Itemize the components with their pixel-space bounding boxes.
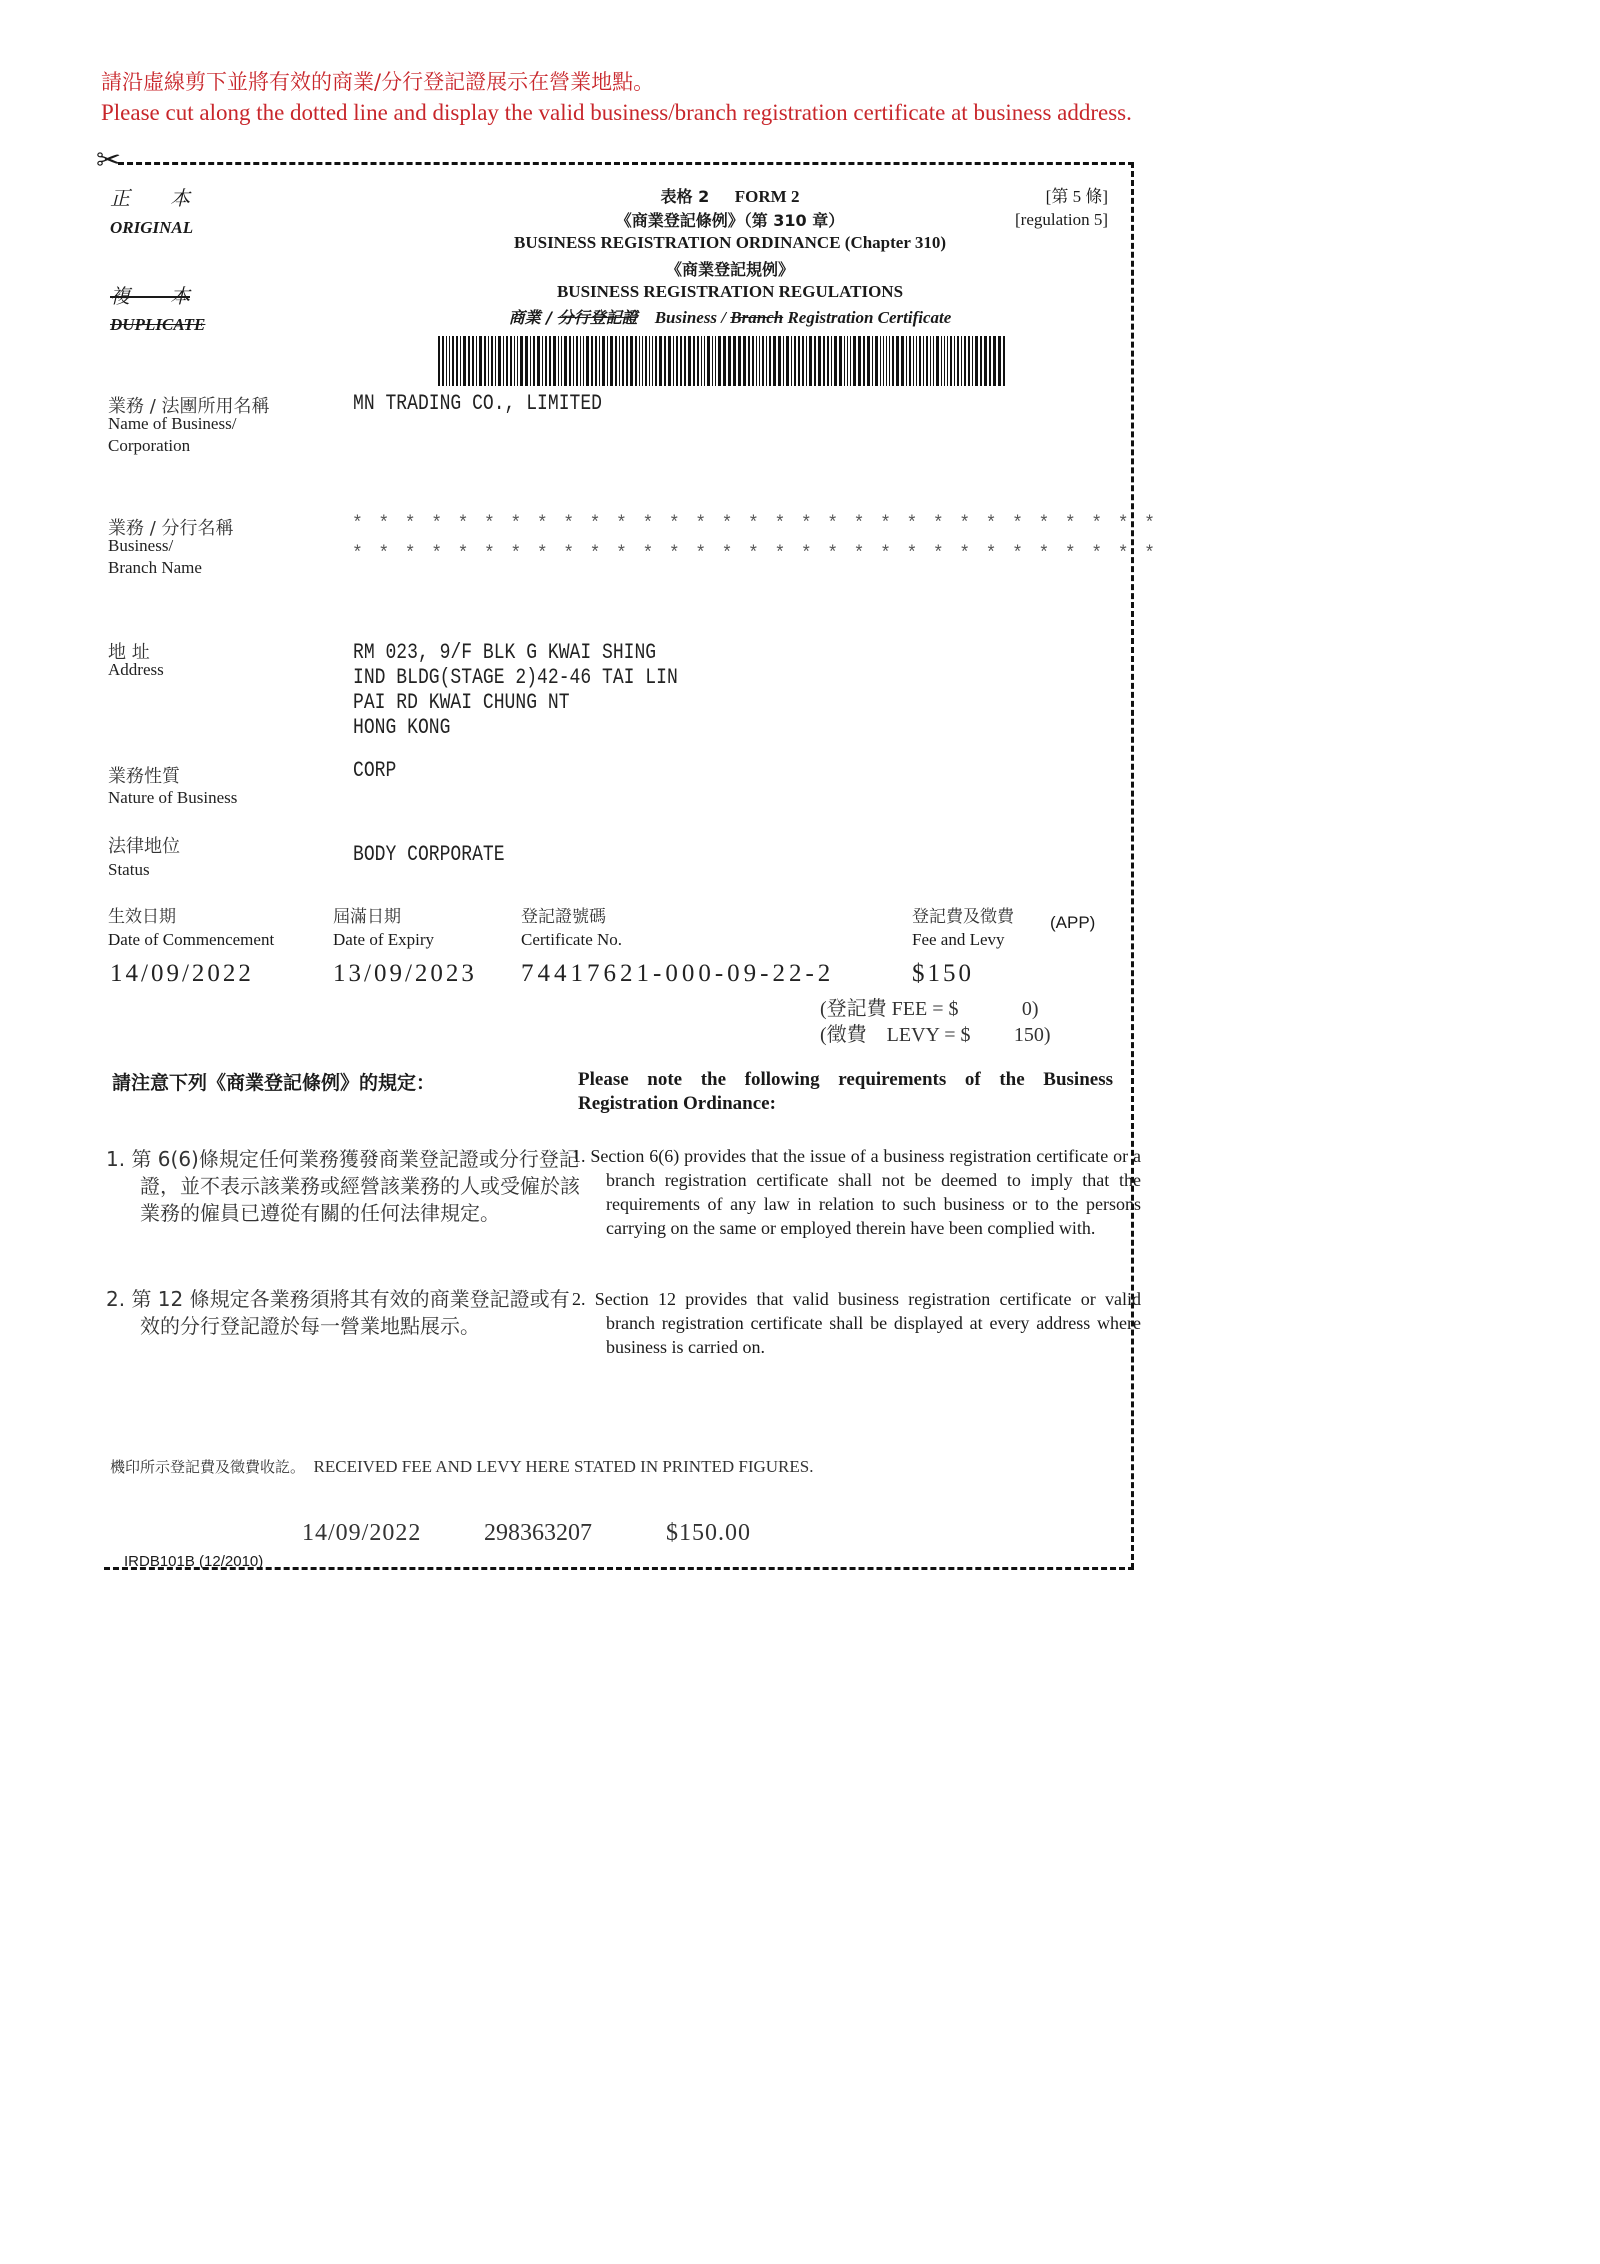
- ordinance-en: BUSINESS REGISTRATION ORDINANCE (Chapter…: [420, 233, 1040, 253]
- note-zh-1: 1. 第 6(6)條規定任何業務獲發商業登記證或分行登記證，並不表示該業務或經營…: [106, 1146, 585, 1227]
- regulation-ref-zh: [第 5 條]: [980, 182, 1108, 207]
- note-en-1: 1. Section 6(6) provides that the issue …: [572, 1144, 1141, 1240]
- commencement-label-zh: 生效日期: [108, 902, 176, 927]
- business-name-label-en-2: Corporation: [108, 436, 190, 456]
- cut-notice-zh: 請沿虛線剪下並將有效的商業/分行登記證展示在營業地點。: [101, 66, 654, 96]
- certificate-label-zh: 登記證號碼: [521, 902, 606, 927]
- ordinance-zh: 《商業登記條例》（第 310 章）: [420, 208, 1040, 231]
- address-line: PAI RD KWAI CHUNG NT: [353, 690, 678, 715]
- certificate-number: 74417621-000-09-22-2: [521, 960, 834, 988]
- expiry-label-en: Date of Expiry: [333, 930, 434, 950]
- branch-name-label-en-1: Business/: [108, 536, 173, 556]
- business-name-value: MN TRADING CO., LIMITED: [353, 391, 602, 416]
- status-label-zh: 法律地位: [108, 832, 180, 858]
- nature-value: CORP: [353, 758, 396, 783]
- cut-line-top: [118, 162, 1134, 165]
- barcode: [438, 336, 1008, 386]
- certificate-label-en: Certificate No.: [521, 930, 622, 950]
- address-label-en: Address: [108, 660, 164, 680]
- business-name-label-en-1: Name of Business/: [108, 414, 236, 434]
- certificate-title: 商業 / 分行登記證 Business / Branch Registratio…: [420, 305, 1040, 328]
- receipt-amount: $150.00: [666, 1520, 751, 1547]
- fee-breakdown-levy: (徵費 LEVY = $150): [820, 1018, 1051, 1047]
- form-number: 表格 2 FORM 2: [420, 184, 1040, 207]
- regulations-zh: 《商業登記規例》: [420, 257, 1040, 280]
- expiry-date: 13/09/2023: [333, 960, 477, 988]
- fee-label-zh: 登記費及徵費: [912, 902, 1014, 927]
- notes-heading-en: Please note the following requirements o…: [578, 1068, 1113, 1116]
- address-line: RM 023, 9/F BLK G KWAI SHING: [353, 640, 678, 665]
- scissors-icon: ✂: [96, 146, 121, 176]
- branch-name-line-2: * * * * * * * * * * * * * * * * * * * * …: [352, 544, 1157, 564]
- commencement-label-en: Date of Commencement: [108, 930, 274, 950]
- note-en-2: 2. Section 12 provides that valid busine…: [572, 1287, 1141, 1359]
- status-value: BODY CORPORATE: [353, 842, 505, 867]
- fee-breakdown-fee: (登記費 FEE = $0): [820, 992, 1039, 1021]
- original-label-zh: 正 本: [110, 182, 190, 211]
- nature-label-zh: 業務性質: [108, 762, 180, 788]
- address-line: IND BLDG(STAGE 2)42-46 TAI LIN: [353, 665, 678, 690]
- receipt-statement: 機印所示登記費及徵費收訖。 RECEIVED FEE AND LEVY HERE…: [110, 1456, 813, 1477]
- form-code: IRDB101B (12/2010): [124, 1553, 263, 1570]
- receipt-date: 14/09/2022: [302, 1520, 421, 1547]
- branch-name-line-1: * * * * * * * * * * * * * * * * * * * * …: [352, 514, 1157, 534]
- address-line: HONG KONG: [353, 715, 678, 740]
- app-tag: (APP): [1050, 913, 1095, 933]
- receipt-number: 298363207: [484, 1520, 592, 1547]
- duplicate-label-en: DUPLICATE: [110, 315, 205, 335]
- cut-notice-en: Please cut along the dotted line and dis…: [101, 100, 1132, 126]
- commencement-date: 14/09/2022: [110, 960, 254, 988]
- fee-value: $150: [912, 960, 974, 988]
- status-label-en: Status: [108, 860, 150, 880]
- regulations-en: BUSINESS REGISTRATION REGULATIONS: [420, 282, 1040, 302]
- address-value: RM 023, 9/F BLK G KWAI SHING IND BLDG(ST…: [353, 640, 678, 740]
- regulation-ref-en: [regulation 5]: [980, 210, 1108, 230]
- fee-label-en: Fee and Levy: [912, 930, 1005, 950]
- duplicate-label-zh: 複 本: [110, 280, 190, 309]
- nature-label-en: Nature of Business: [108, 788, 237, 808]
- original-label-en: ORIGINAL: [110, 218, 193, 238]
- branch-name-label-en-2: Branch Name: [108, 558, 202, 578]
- notes-heading-zh: 請注意下列《商業登記條例》的規定：: [112, 1068, 435, 1095]
- expiry-label-zh: 屆滿日期: [333, 902, 401, 927]
- note-zh-2: 2. 第 12 條規定各業務須將其有效的商業登記證或有效的分行登記證於每一營業地…: [106, 1286, 585, 1340]
